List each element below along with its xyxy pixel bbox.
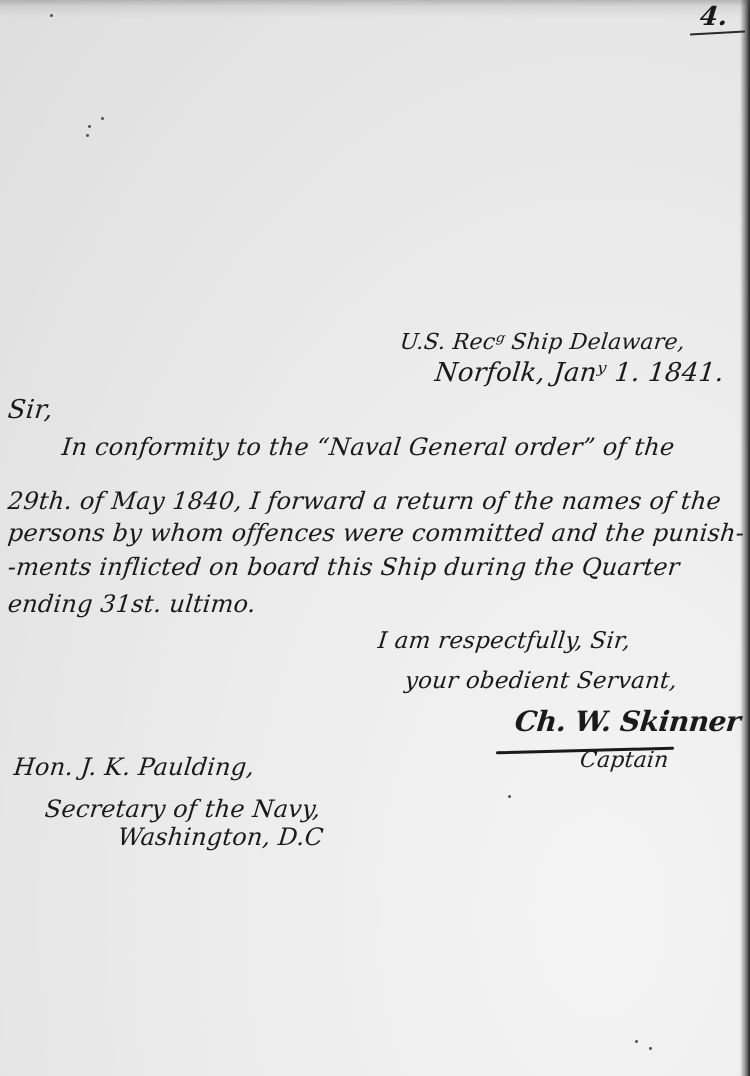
paper-speck <box>50 14 53 17</box>
scanned-letter-page: 4. U.S. Recᵍ Ship Delaware, Norfolk, Jan… <box>0 0 750 1076</box>
paper-speck <box>635 1040 638 1043</box>
addressee-location: Washington, D.C <box>117 823 325 851</box>
body-line: 29th. of May 1840, I forward a return of… <box>7 487 723 515</box>
paper-speck <box>649 1047 652 1050</box>
closing-respectfully: I am respectfully, Sir, <box>377 628 632 654</box>
paper-speck <box>86 134 89 137</box>
page-number: 4. <box>698 2 729 32</box>
letter-heading-ship: U.S. Recᵍ Ship Delaware, <box>399 330 687 355</box>
addressee-title: Secretary of the Navy, <box>44 795 322 823</box>
signature: Ch. W. Skinner <box>513 705 742 738</box>
signature-title: Captain <box>579 748 670 773</box>
paper-speck <box>101 117 104 120</box>
letter-heading-date: Norfolk, Janʸ 1. 1841. <box>433 358 725 388</box>
body-line: ending 31st. ultimo. <box>7 590 258 618</box>
body-line: -ments inflicted on board this Ship duri… <box>7 553 682 581</box>
paper-speck <box>88 125 91 128</box>
body-line: In conformity to the “Naval General orde… <box>61 433 676 461</box>
salutation: Sir, <box>6 395 54 425</box>
paper-speck <box>508 795 511 798</box>
body-line: persons by whom offences were committed … <box>7 519 746 547</box>
closing-servant: your obedient Servant, <box>404 668 679 694</box>
addressee-name: Hon. J. K. Paulding, <box>13 753 256 781</box>
